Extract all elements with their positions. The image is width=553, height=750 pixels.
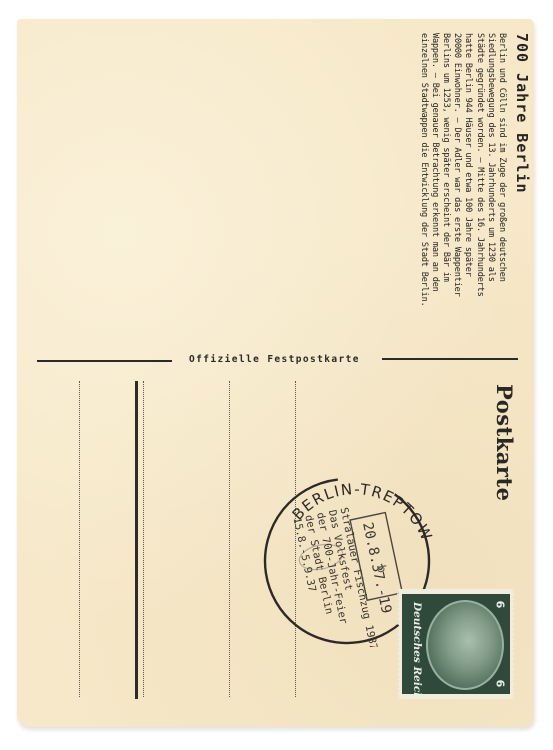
postkarte-label: Postkarte <box>492 384 517 502</box>
text-line: Städte gegründet worden. — Mitte des 16.… <box>473 33 484 357</box>
text-line: einzelnen Stadtwappen die Entwicklung de… <box>417 33 428 357</box>
message-divider-bar <box>135 381 138 699</box>
postcard: 700 Jahre Berlin Berlin und Cölln sind i… <box>17 19 534 727</box>
address-dotted-line <box>143 381 144 697</box>
postkarte-label-wrap: Postkarte <box>479 384 519 494</box>
postage-stamp: Deutsches Reich 6 6 <box>397 589 515 699</box>
text-line: 20000 Einwohner. — Der Adler war das ers… <box>451 33 462 357</box>
text-line: Siedlungsbewegung des 13. Jahrhunderts u… <box>485 33 496 357</box>
text-line: Berlins um 1253, wenig später erscheint … <box>440 33 451 357</box>
divider-label: Offizielle Festpostkarte <box>189 354 360 365</box>
postmark-letter: b <box>374 564 389 574</box>
history-text-block: 700 Jahre Berlin Berlin und Cölln sind i… <box>377 27 533 357</box>
address-dotted-line <box>79 381 80 697</box>
text-line: Berlin und Cölln sind im Zuge der großen… <box>496 33 507 357</box>
divider-row: Offizielle Festpostkarte <box>37 354 517 370</box>
stamp-face: Deutsches Reich 6 6 <box>402 594 510 694</box>
stamp-country: Deutsches Reich <box>411 602 423 700</box>
address-dotted-line <box>229 381 230 697</box>
portrait-medallion-icon <box>426 600 504 690</box>
text-line: hatte Berlin 944 Häuser und etwa 100 Jah… <box>462 33 473 357</box>
text-line: Wappen. — Bei genauer Betrachtung erkenn… <box>429 33 440 357</box>
stamp-value: 6 <box>494 601 507 609</box>
heading: 700 Jahre Berlin <box>513 33 531 357</box>
divider-line-right <box>382 358 518 360</box>
stamp-value: 6 <box>494 680 507 688</box>
divider-line-left <box>37 360 172 362</box>
